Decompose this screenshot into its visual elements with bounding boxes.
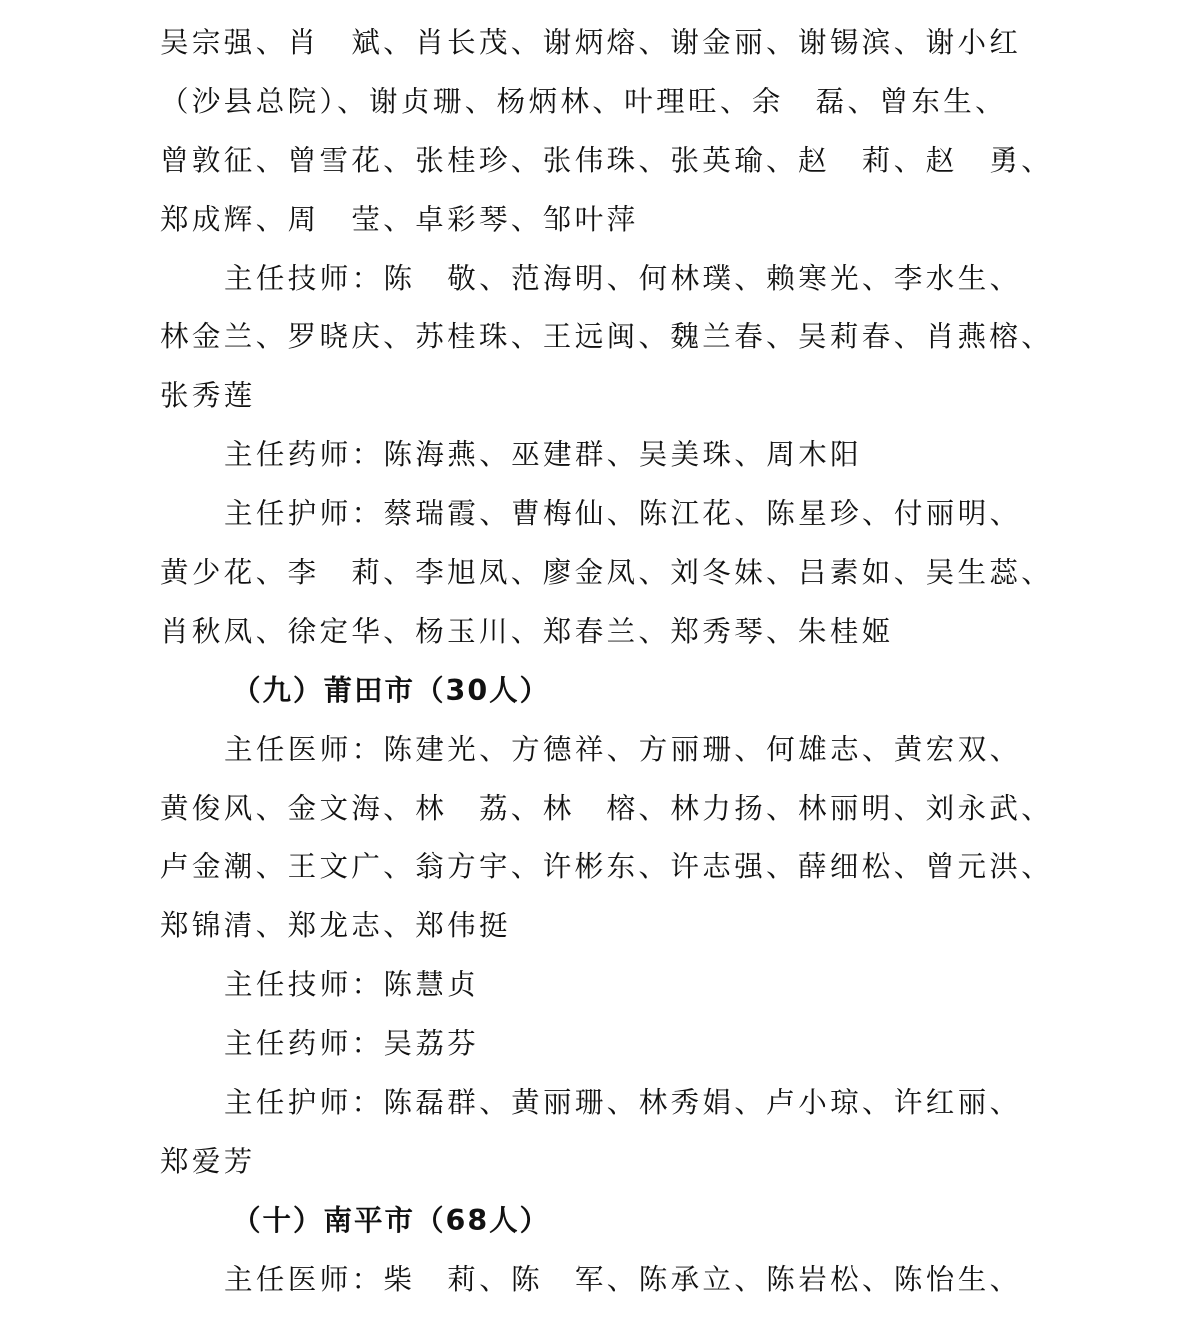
section-heading-putian: （九）莆田市（30人）: [160, 662, 1040, 721]
name-list-line: 林金兰、罗晓庆、苏桂珠、王远闽、魏兰春、吴莉春、肖燕榕、: [160, 308, 1040, 367]
name-list-line: 黄俊风、金文海、林 荔、林 榕、林力扬、林丽明、刘永武、: [160, 780, 1040, 839]
section-heading-nanping: （十）南平市（68人）: [160, 1192, 1040, 1251]
name-list-line: 黄少花、李 莉、李旭凤、廖金凤、刘冬妹、吕素如、吴生蕊、: [160, 544, 1040, 603]
name-list-line: 张秀莲: [160, 367, 1040, 426]
name-list-line: 吴宗强、肖 斌、肖长茂、谢炳熔、谢金丽、谢锡滨、谢小红: [160, 14, 1040, 73]
name-list-line: 郑爱芳: [160, 1133, 1040, 1192]
name-list-line: 卢金潮、王文广、翁方宇、许彬东、许志强、薛细松、曾元洪、: [160, 838, 1040, 897]
chief-pharmacist-list: 主任药师：陈海燕、巫建群、吴美珠、周木阳: [160, 426, 1040, 485]
chief-nurse-list: 主任护师：蔡瑞霞、曹梅仙、陈江花、陈星珍、付丽明、: [160, 485, 1040, 544]
name-list-line: 郑锦清、郑龙志、郑伟挺: [160, 897, 1040, 956]
chief-physician-list: 主任医师：柴 莉、陈 军、陈承立、陈岩松、陈怡生、: [160, 1251, 1040, 1310]
name-list-line: 曾敦征、曾雪花、张桂珍、张伟珠、张英瑜、赵 莉、赵 勇、: [160, 132, 1040, 191]
chief-nurse-list: 主任护师：陈磊群、黄丽珊、林秀娟、卢小琼、许红丽、: [160, 1074, 1040, 1133]
document-page: 吴宗强、肖 斌、肖长茂、谢炳熔、谢金丽、谢锡滨、谢小红 （沙县总院）、谢贞珊、杨…: [160, 14, 1040, 1310]
name-list-line: 肖秋凤、徐定华、杨玉川、郑春兰、郑秀琴、朱桂姬: [160, 603, 1040, 662]
chief-technician-list: 主任技师：陈慧贞: [160, 956, 1040, 1015]
chief-technician-list: 主任技师：陈 敬、范海明、何林璞、赖寒光、李水生、: [160, 250, 1040, 309]
name-list-line: （沙县总院）、谢贞珊、杨炳林、叶理旺、余 磊、曾东生、: [160, 73, 1040, 132]
name-list-line: 郑成辉、周 莹、卓彩琴、邹叶萍: [160, 191, 1040, 250]
chief-pharmacist-list: 主任药师：吴荔芬: [160, 1015, 1040, 1074]
chief-physician-list: 主任医师：陈建光、方德祥、方丽珊、何雄志、黄宏双、: [160, 721, 1040, 780]
